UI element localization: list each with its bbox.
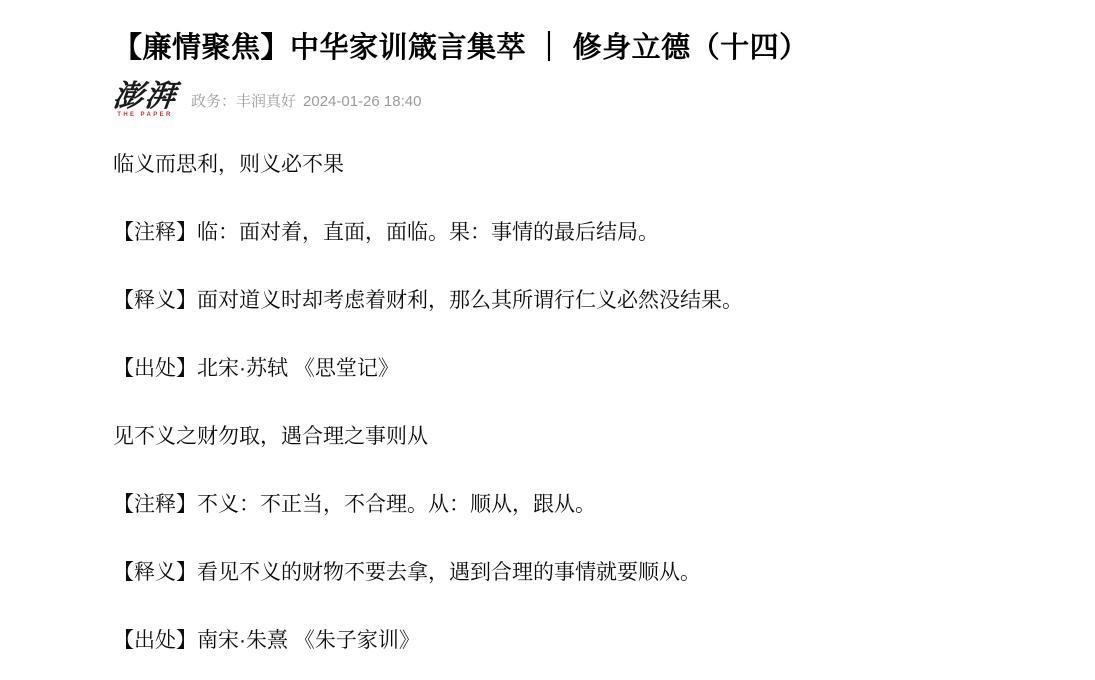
thepaper-logo-text: 澎湃 (112, 83, 179, 112)
paragraph-maxim-1: 临义而思利，则义必不果 (113, 150, 1035, 180)
paragraph-annotation-1: 【注释】临：面对着，直面，面临。果：事情的最后结局。 (113, 218, 1035, 248)
byline-meta: 政务：丰润真好2024-01-26 18:40 (191, 90, 421, 111)
paragraph-interpretation-2: 【释义】看见不义的财物不要去拿，遇到合理的事情就要顺从。 (113, 558, 1035, 588)
paragraph-maxim-2: 见不义之财勿取，遇合理之事则从 (113, 422, 1035, 452)
paragraph-source-1: 【出处】北宋·苏轼 《思堂记》 (113, 354, 1035, 384)
byline-timestamp: 2024-01-26 18:40 (303, 93, 421, 110)
paragraph-annotation-2: 【注释】不义：不正当，不合理。从：顺从，跟从。 (113, 490, 1035, 520)
byline: 澎湃 THE PAPER 政务：丰润真好2024-01-26 18:40 (113, 80, 1035, 120)
paragraph-source-2: 【出处】南宋·朱熹 《朱子家训》 (113, 626, 1035, 656)
article-title: 【廉情聚焦】中华家训箴言集萃 ｜ 修身立德（十四） (113, 30, 1035, 66)
paragraph-interpretation-1: 【释义】面对道义时却考虑着财利，那么其所谓行仁义必然没结果。 (113, 286, 1035, 316)
article-page: 【廉情聚焦】中华家训箴言集萃 ｜ 修身立德（十四） 澎湃 THE PAPER 政… (0, 0, 1095, 656)
thepaper-logo[interactable]: 澎湃 THE PAPER (113, 83, 177, 119)
byline-source: 政务：丰润真好 (191, 93, 296, 110)
